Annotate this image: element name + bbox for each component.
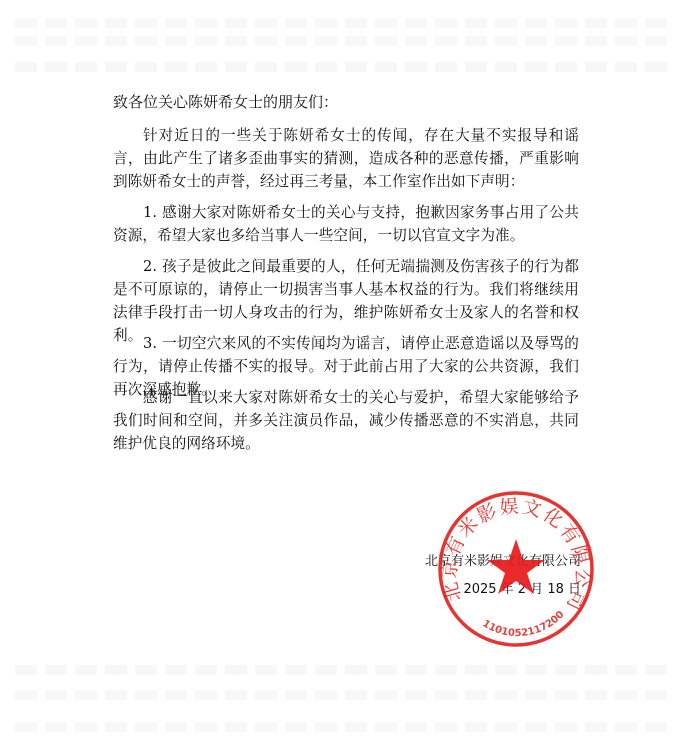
bleed-through-text [15, 665, 674, 675]
seal-icon: 北京有米影娱文化有限公司 1101052117200 [434, 487, 598, 651]
bleed-through-text [15, 62, 674, 72]
salutation: 致各位关心陈妍希女士的朋友们： [113, 92, 338, 112]
bleed-through-text [15, 690, 674, 700]
statement-point-1: 1. 感谢大家对陈妍希女士的关心与支持，抱歉因家务事占用了公共资源，希望大家也多… [113, 201, 579, 247]
company-seal-stamp: 北京有米影娱文化有限公司 1101052117200 [434, 487, 598, 651]
intro-paragraph: 针对近日的一些关于陈妍希女士的传闻，存在大量不实报导和谣言，由此产生了诸多歪曲事… [113, 124, 579, 193]
bleed-through-text [15, 18, 674, 28]
bleed-through-text [15, 722, 674, 732]
closing-paragraph: 感谢一直以来大家对陈妍希女士的关心与爱护，希望大家能够给予我们时间和空间，并多关… [113, 386, 579, 455]
bleed-through-text [15, 36, 674, 46]
